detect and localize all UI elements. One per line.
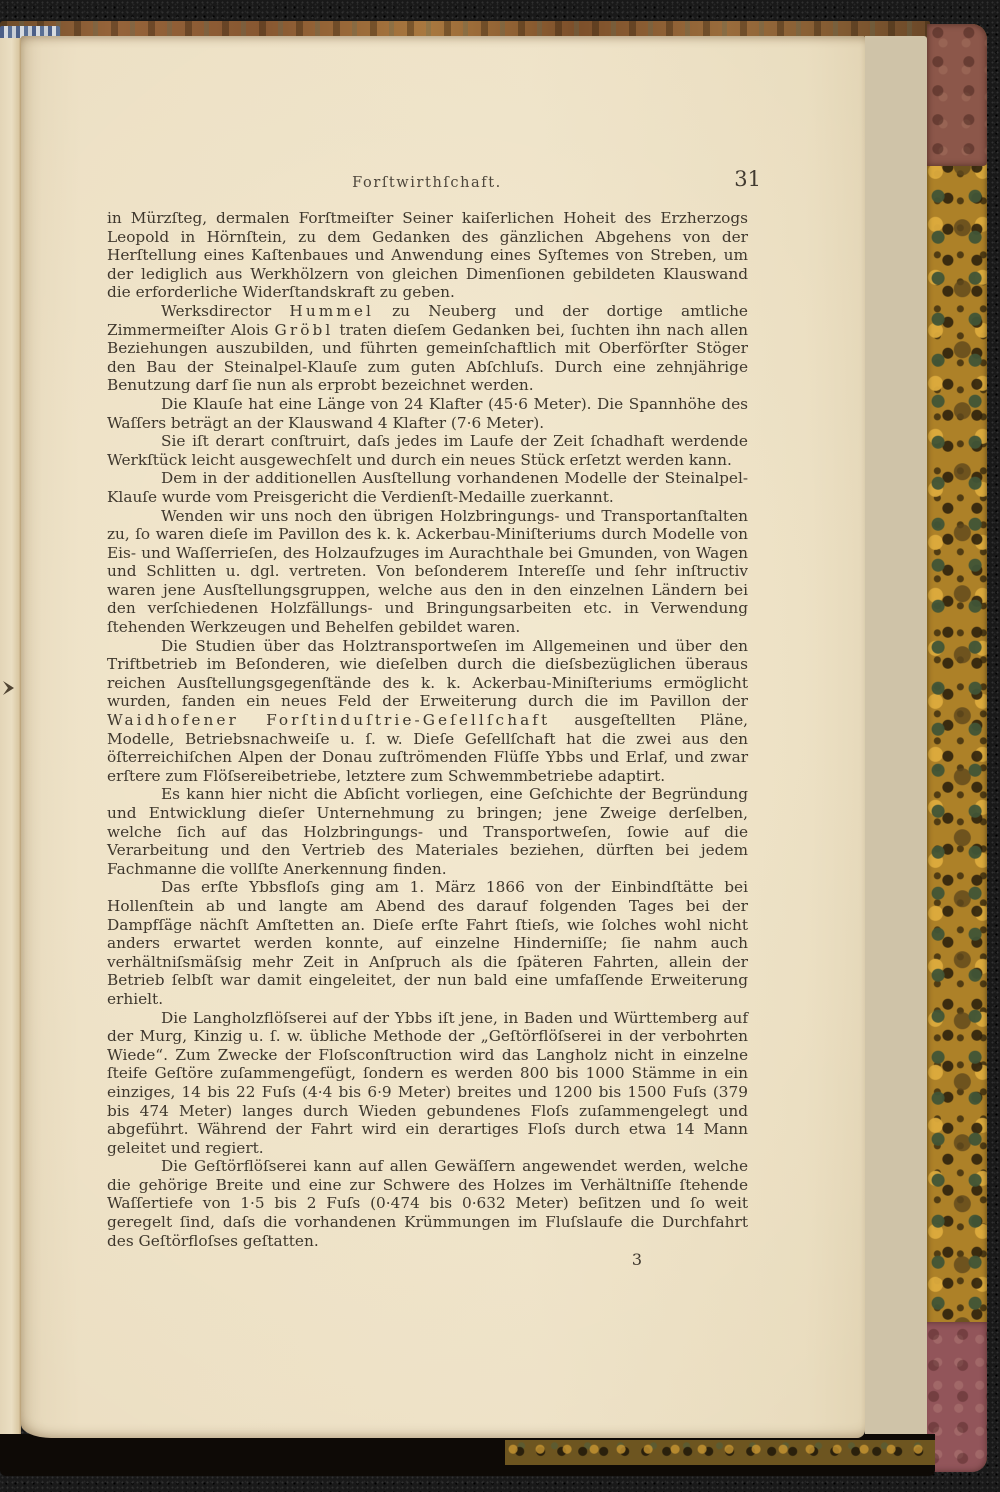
- scanned-book-page: Forſtwirthſchaft. 31 in Mürzſteg, dermal…: [0, 0, 1000, 1492]
- text-run: Sie iſt derart conſtruirt, daſs jedes im…: [107, 432, 748, 469]
- text-run: in Mürzſteg, dermalen Forſtmeiſter Seine…: [107, 209, 748, 301]
- book-page: Forſtwirthſchaft. 31 in Mürzſteg, dermal…: [21, 36, 865, 1438]
- text-run: Die Klauſe hat eine Länge von 24 Klafter…: [107, 395, 748, 432]
- text-run: Es kann hier nicht die Abſicht vorliegen…: [107, 785, 748, 877]
- paragraph: Sie iſt derart conſtruirt, daſs jedes im…: [107, 432, 748, 469]
- text-run: Gröbl: [275, 321, 334, 339]
- text-run: Die Langholzflöſserei auf der Ybbs iſt j…: [107, 1009, 748, 1157]
- paragraph: Die Klauſe hat eine Länge von 24 Klafter…: [107, 395, 748, 432]
- leather-corner-top: [927, 24, 987, 166]
- text-run: Dem in der additionellen Ausſtellung vor…: [107, 469, 748, 506]
- page-number: 31: [734, 167, 761, 191]
- signature-mark: 3: [107, 1251, 748, 1270]
- paragraph: Die Studien über das Holztransportweſen …: [107, 637, 748, 786]
- paragraph: Dem in der additionellen Ausſtellung vor…: [107, 469, 748, 506]
- text-run: Das erſte Ybbsfloſs ging am 1. März 1866…: [107, 878, 748, 1008]
- cover-marbled-edge: [927, 24, 987, 1472]
- paragraph: Werksdirector Hummel zu Neuberg und der …: [107, 302, 748, 395]
- paragraph: in Mürzſteg, dermalen Forſtmeiſter Seine…: [107, 209, 748, 302]
- paragraph: Es kann hier nicht die Abſicht vorliegen…: [107, 785, 748, 878]
- gutter-page-edge: [0, 38, 21, 1434]
- text-run: Waidhofener Forſtinduſtrie-Geſellſchaft: [107, 711, 550, 729]
- bottom-marbled-edge: [505, 1440, 935, 1465]
- text-run: Hummel: [289, 302, 374, 320]
- paragraph: Die Geſtörflöſserei kann auf allen Gewäſ…: [107, 1157, 748, 1250]
- fore-edge-pages: [865, 36, 927, 1438]
- running-head: Forſtwirthſchaft.: [107, 175, 747, 191]
- text-run: Die Geſtörflöſserei kann auf allen Gewäſ…: [107, 1157, 748, 1249]
- text-block: in Mürzſteg, dermalen Forſtmeiſter Seine…: [107, 209, 748, 1270]
- text-run: Werksdirector: [161, 302, 289, 320]
- paragraph: Wenden wir uns noch den übrigen Holzbrin…: [107, 507, 748, 637]
- text-run: Die Studien über das Holztransportweſen …: [107, 637, 748, 711]
- paragraph: Das erſte Ybbsfloſs ging am 1. März 1866…: [107, 878, 748, 1008]
- text-run: Wenden wir uns noch den übrigen Holzbrin…: [107, 507, 748, 637]
- paragraph: Die Langholzflöſserei auf der Ybbs iſt j…: [107, 1009, 748, 1158]
